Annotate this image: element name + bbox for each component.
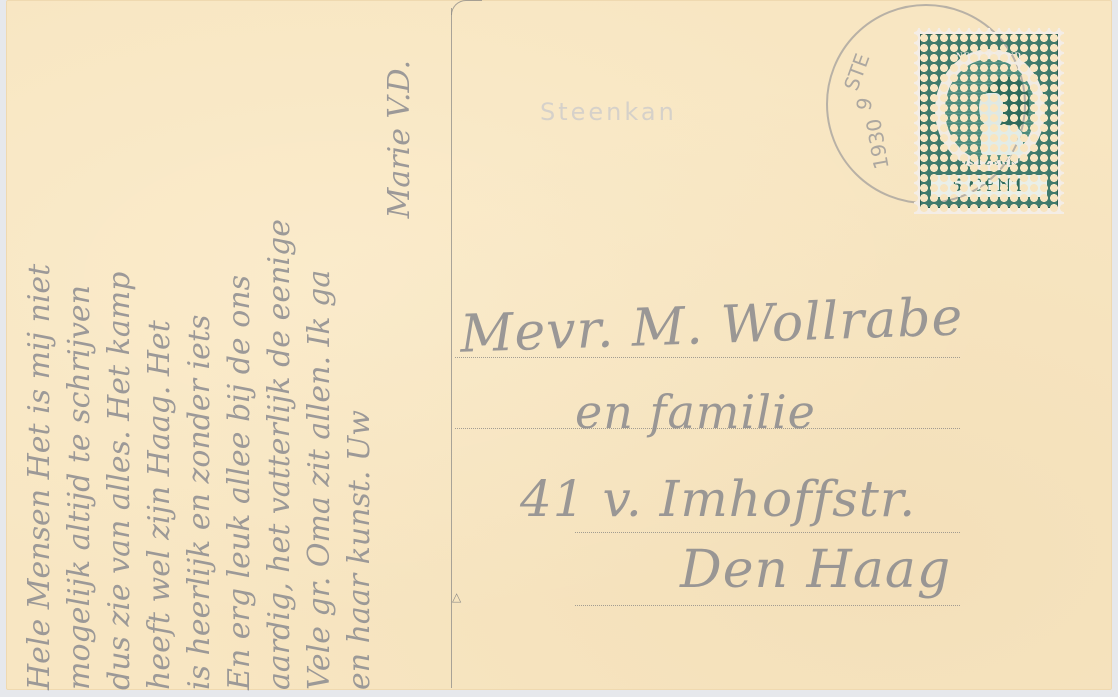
message-line: mogelijk altijd te schrijven	[60, 0, 100, 690]
queen-face-icon	[979, 93, 1003, 129]
faint-pencil-note: Steenkan	[540, 98, 677, 126]
address-rule-4	[575, 605, 960, 606]
message-line: Vele gr. Oma zit allen. Ik ga	[300, 0, 340, 690]
address-rule-3	[575, 532, 960, 533]
stamp-value: 5 CENT	[929, 173, 1049, 199]
postage-stamp: NEDERLAND POSTZEGEL 5 CENT	[914, 28, 1064, 214]
stamp-medallion-background	[945, 59, 1035, 161]
queen-neck-icon	[981, 125, 1023, 155]
stamp-body: NEDERLAND POSTZEGEL 5 CENT	[920, 34, 1058, 208]
center-divider-line	[451, 8, 452, 688]
message-line: dus zie van alles. Het kamp	[100, 0, 140, 690]
message-line: en haar kunst. Uw	[340, 0, 380, 690]
handwritten-message: Hele Mensen Het is mij niet mogelijk alt…	[20, 0, 450, 690]
message-line: aardig, het vatterlijk de eenige	[260, 0, 300, 690]
address-street: 41 v. Imhoffstr.	[520, 470, 916, 528]
message-line: heeft wel zijn Haag. Het	[140, 0, 180, 690]
message-line: is heerlijk en zonder iets	[180, 0, 220, 690]
message-signature: Marie V.D.	[380, 0, 420, 690]
triangle-marker: △	[452, 590, 461, 605]
stamp-label: POSTZEGEL	[921, 157, 1057, 167]
address-family: en familie	[575, 385, 816, 439]
address-city: Den Haag	[680, 540, 951, 600]
message-line: Hele Mensen Het is mij niet	[20, 0, 60, 690]
stamp-medallion	[935, 49, 1045, 171]
message-line: En erg leuk allee bij de ons	[220, 0, 260, 690]
stamp-country: NEDERLAND	[921, 51, 1057, 61]
